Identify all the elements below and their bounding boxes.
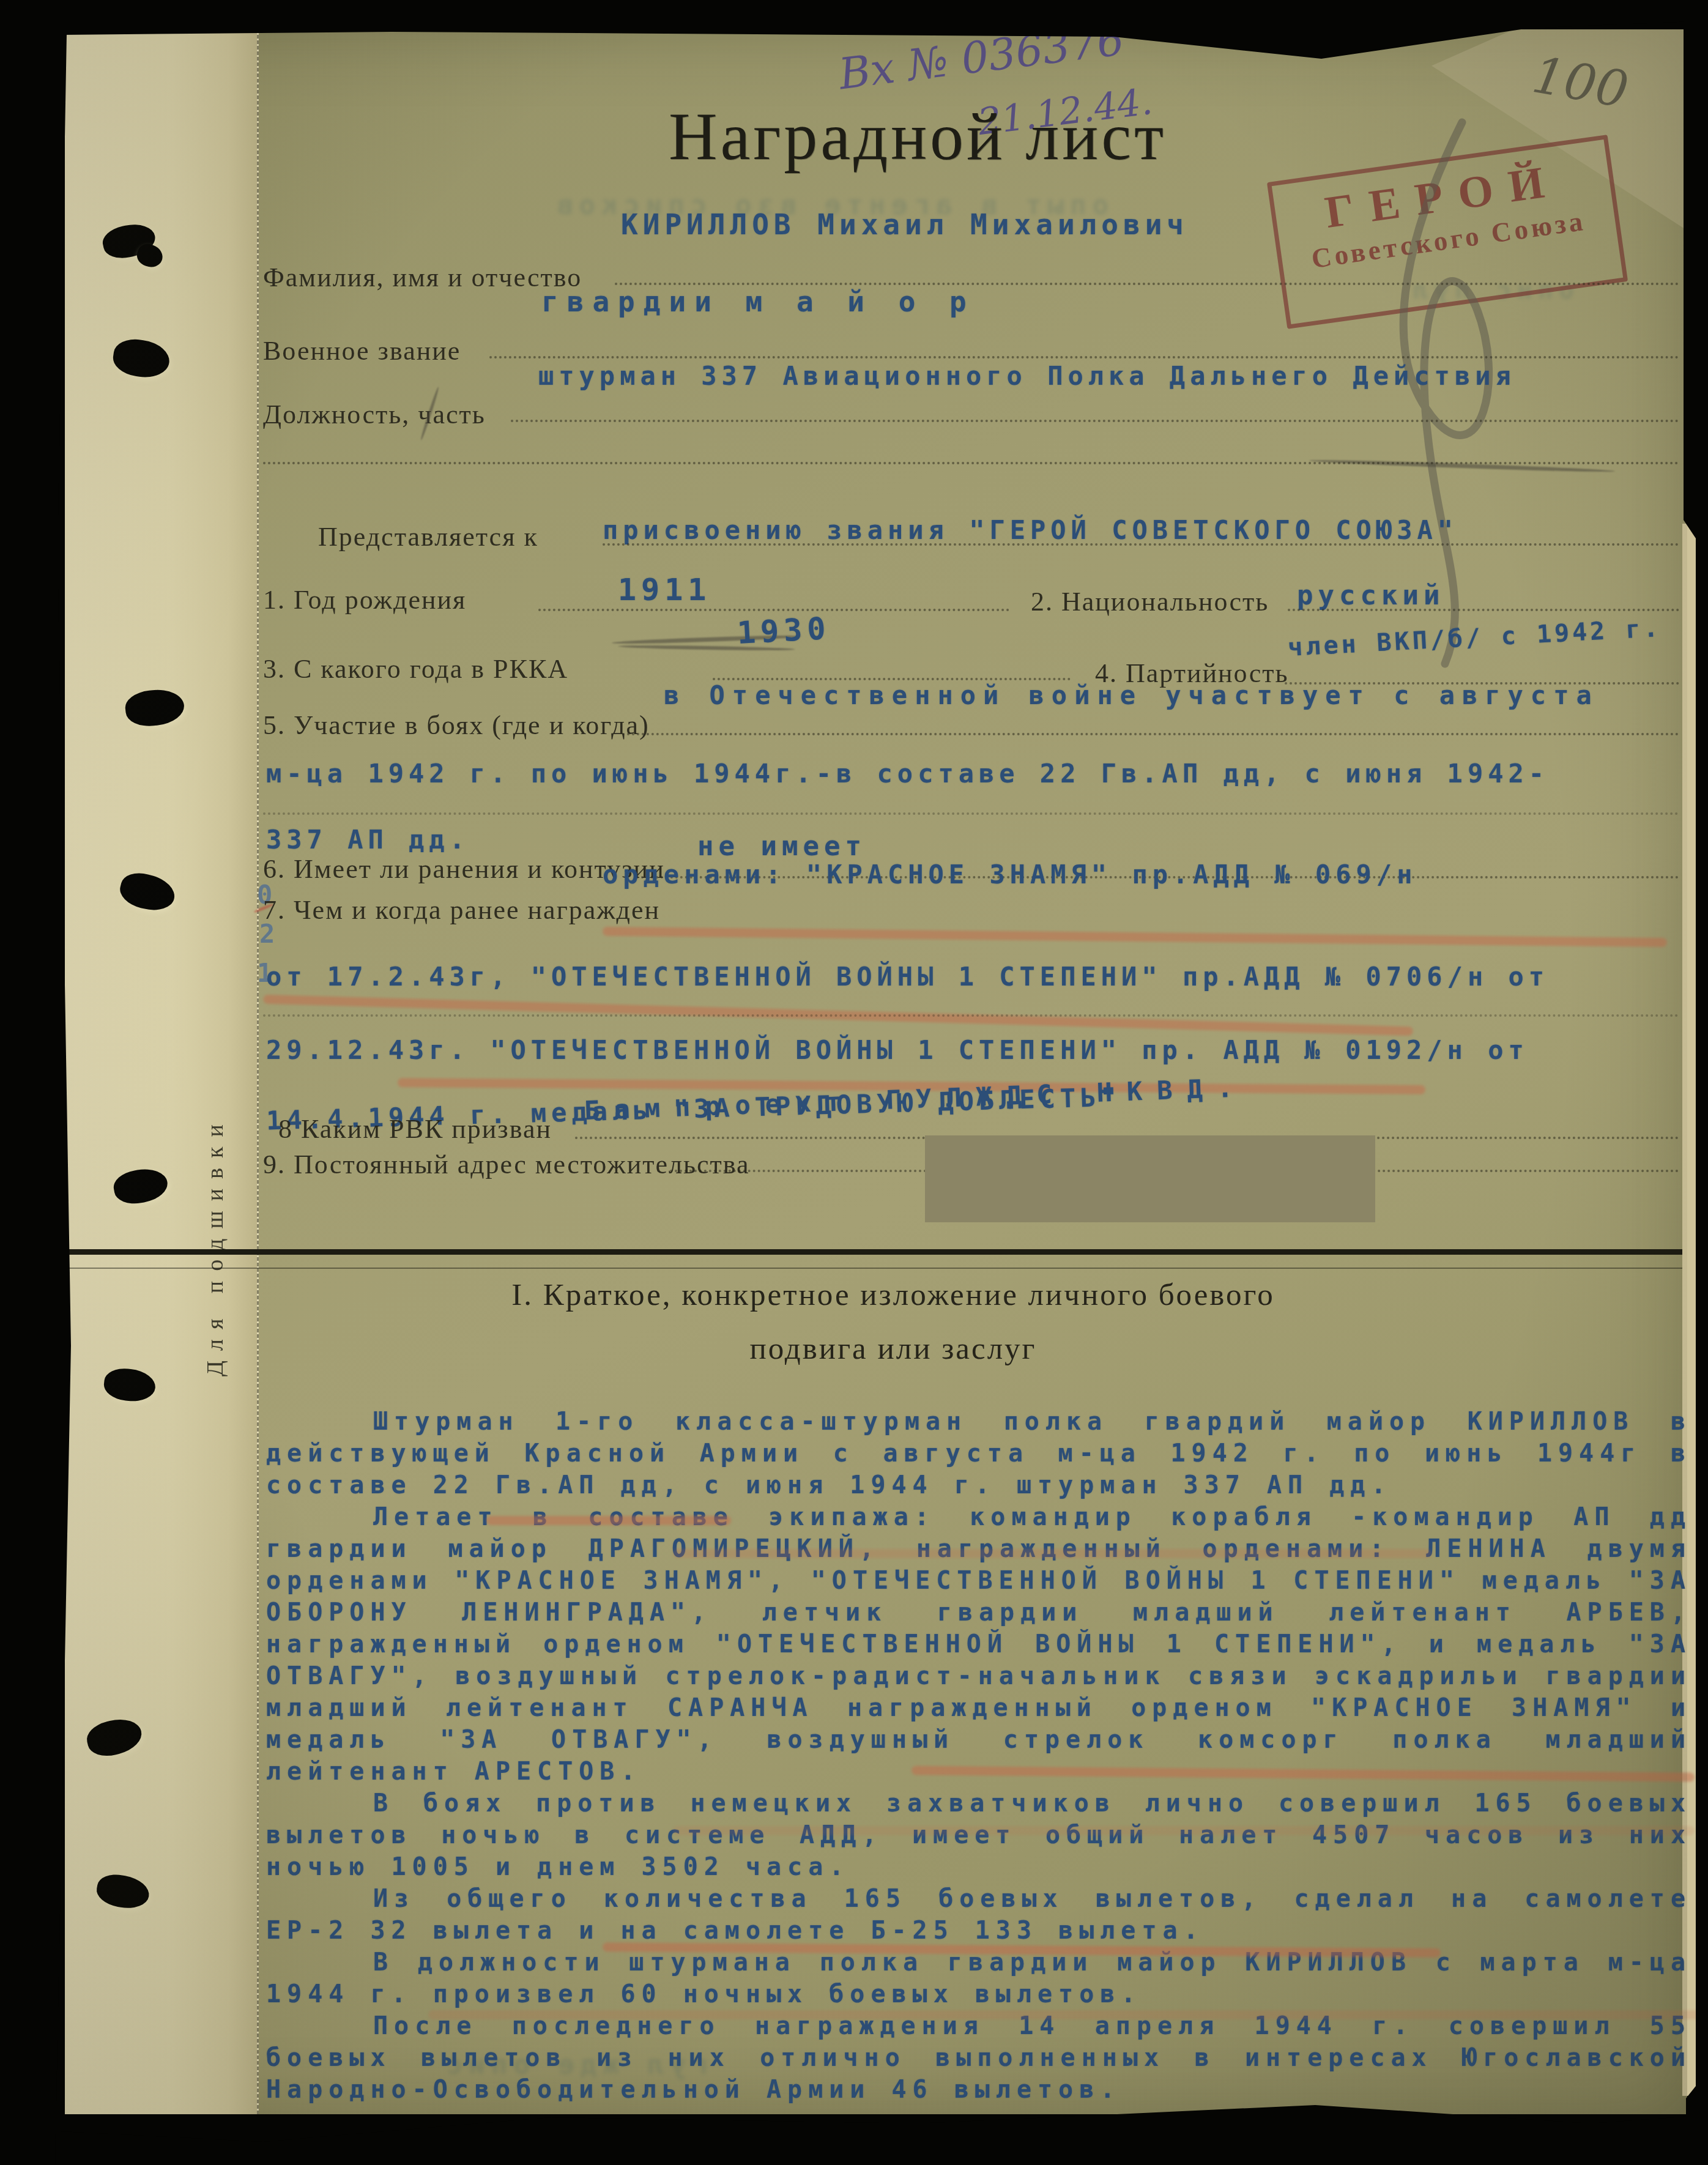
section-divider [69, 1249, 1682, 1255]
combat-value-line: м-ца 1942 г. по июнь 1944г.-в составе 22… [266, 759, 1549, 789]
birth-year-label: 1. Год рождения [263, 584, 466, 615]
rank-value: гвардии м а й о р [541, 285, 975, 318]
dotted-rule [263, 456, 1679, 464]
citation-paragraph: В должности штурмана полка гвардии майор… [266, 1947, 1691, 2010]
binding-strip-label: Для подшивки [202, 899, 229, 1376]
awards-value-line: от 17.2.43г, "ОТЕЧЕСТВЕННОЙ ВОЙНЫ 1 СТЕП… [266, 962, 1549, 992]
name-value: КИРИЛЛОВ Михаил Михаилович [621, 208, 1189, 241]
citation-paragraph: Летает в составе экипажа: командир кораб… [266, 1501, 1691, 1788]
dotted-rule [713, 672, 1071, 680]
section-divider-thin [69, 1268, 1682, 1269]
document-title: Наградной лист [489, 98, 1346, 176]
dotted-rule [511, 414, 1679, 422]
combat-value-line: в Отечественной войне участвует с август… [664, 680, 1599, 710]
red-underline [673, 1826, 1695, 1835]
dotted-rule [263, 1008, 1679, 1017]
citation-paragraph: Из общего количества 165 боевых вылетов,… [266, 1883, 1691, 1947]
redacted-address-block [925, 1135, 1375, 1222]
awards-value-line: 29.12.43г. "ОТЕЧЕСТВЕННОЙ ВОЙНЫ 1 СТЕПЕН… [266, 1035, 1529, 1065]
dotted-rule [603, 537, 1679, 546]
awards-value-line: орденами: "КРАСНОЕ ЗНАМЯ" пр.АДД № 069/н [603, 860, 1417, 889]
red-underline [673, 1549, 1431, 1558]
awards-label: 7. Чем и когда ранее награжден [263, 894, 660, 926]
citation-paragraph: В боях против немецких захватчиков лично… [266, 1788, 1691, 1883]
red-underline [486, 1516, 731, 1525]
dotted-rule [1288, 603, 1679, 611]
wounds-value: не имеет [697, 831, 866, 862]
combat-value-line: 337 АП дд. [266, 825, 470, 855]
dotted-rule [263, 806, 1679, 815]
position-label: Должность, часть [263, 399, 486, 430]
red-underline [428, 2010, 1701, 2019]
section-heading-line2: подвига или заслуг [294, 1331, 1493, 1367]
section-heading-line1: I. Краткое, конкретное изложение личного… [294, 1277, 1493, 1313]
citation-paragraph: После последнего награждения 14 апреля 1… [266, 2010, 1691, 2106]
rank-label: Военное звание [263, 335, 461, 366]
scanned-award-sheet: Для подшивки 0 2 1 опыт в агенте взо спи… [0, 0, 1708, 2165]
presented-label: Представляется к [318, 521, 538, 552]
citation-body: Штурман 1-го класса-штурман полка гварди… [266, 1406, 1691, 2106]
dotted-rule [538, 603, 1009, 611]
binding-strip [65, 29, 259, 2114]
combat-label: 5. Участие в боях (где и когда) [263, 710, 650, 741]
position-value: штурман 337 Авиационного Полка Дальнего … [538, 361, 1516, 391]
dotted-rule [627, 727, 1679, 735]
rkka-since-label: 3. С какого года в РККА [263, 653, 568, 685]
nationality-label: 2. Национальность [1031, 586, 1269, 617]
dotted-rule [615, 277, 1679, 285]
rkka-since-value: 1930 [737, 611, 831, 651]
name-label: Фамилия, имя и отчество [263, 262, 582, 293]
citation-paragraph: Штурман 1-го класса-штурман полка гварди… [266, 1406, 1691, 1501]
rvk-label: 8 Каким РВК призван [278, 1113, 552, 1145]
dotted-rule [489, 350, 1679, 358]
